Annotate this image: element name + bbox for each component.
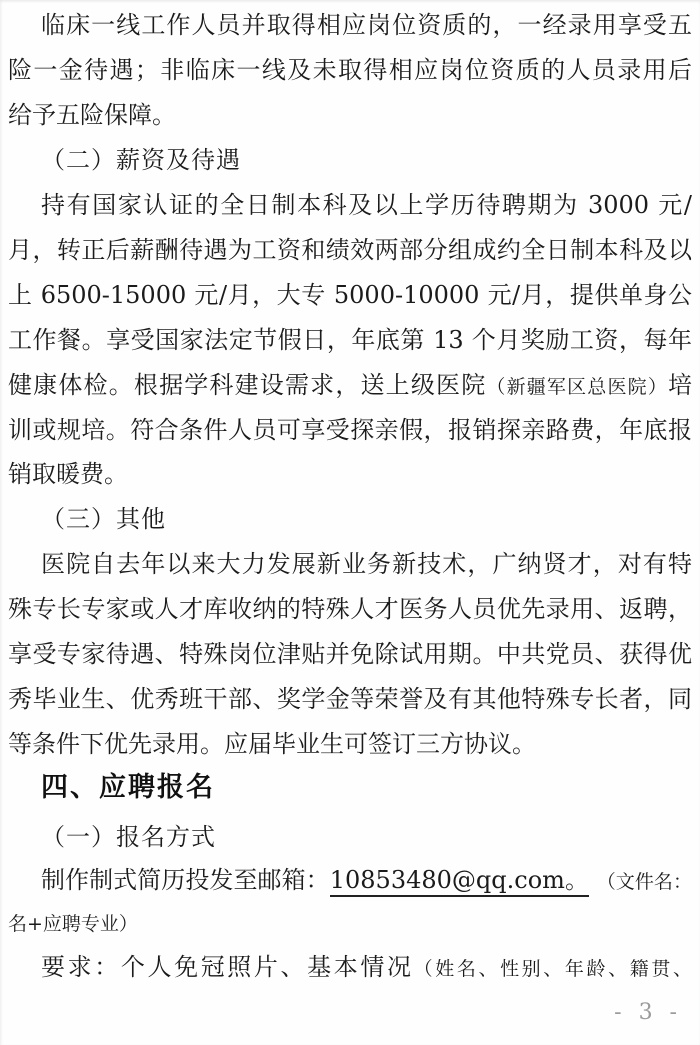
paragraph-line: 殊专长专家或人才库收纳的特殊人才医务人员优先录用、返聘，	[8, 587, 692, 632]
paragraph-line: 给予五险保障。	[8, 93, 692, 138]
section-heading-apply: 四、应聘报名	[8, 765, 692, 810]
section-heading-other: （三）其他	[8, 497, 692, 542]
text-segment-small-parenthetical: （新疆军区总医院）	[486, 376, 668, 398]
text-segment: 要求：个人免冠照片、基本情况	[41, 953, 414, 981]
paragraph-line: 月，转正后薪酬待遇为工资和绩效两部分组成约全日制本科及以	[8, 228, 692, 273]
paragraph-line: 健康体检。根据学科建设需求，送上级医院（新疆军区总医院）培	[8, 363, 692, 408]
section-heading-salary: （二）薪资及待遇	[8, 138, 692, 183]
text-segment: 健康体检。根据学科建设需求，送上级医院	[8, 371, 486, 399]
paragraph-line: 秀毕业生、优秀班干部、奖学金等荣誉及有其他特殊专长者，同	[8, 677, 692, 722]
email-address: 10853480@qq.com。	[330, 866, 589, 897]
paragraph-line: 享受专家待遇、特殊岗位津贴并免除试用期。中共党员、获得优	[8, 632, 692, 677]
paragraph-line-email: 制作制式简历投发至邮箱：10853480@qq.com。 （文件名：姓	[8, 858, 692, 903]
paragraph-line: 临床一线工作人员并取得相应岗位资质的，一经录用享受五	[8, 3, 692, 48]
paragraph-line: 险一金待遇；非临床一线及未取得相应岗位资质的人员录用后	[8, 48, 692, 93]
page-number: - 3 -	[614, 1000, 682, 1025]
paragraph-line: 销取暖费。	[8, 452, 692, 497]
paragraph-line: 工作餐。享受国家法定节假日，年底第 13 个月奖励工资，每年	[8, 318, 692, 363]
paragraph-line: 等条件下优先录用。应届毕业生可签订三方协议。	[8, 722, 692, 767]
document-page: 临床一线工作人员并取得相应岗位资质的，一经录用享受五 险一金待遇；非临床一线及未…	[0, 0, 700, 1045]
paragraph-line: 医院自去年以来大力发展新业务新技术，广纳贤才，对有特	[8, 542, 692, 587]
section-heading-method: （一）报名方式	[8, 815, 692, 860]
paragraph-line: 持有国家认证的全日制本科及以上学历待聘期为 3000 元/	[8, 183, 692, 228]
text-segment: 制作制式简历投发至邮箱：	[41, 866, 330, 894]
text-segment-small-parenthetical: （姓名、性别、年龄、籍贯、	[414, 958, 692, 980]
paragraph-line: 训或规培。符合条件人员可享受探亲假，报销探亲路费，年底报	[8, 408, 692, 453]
paragraph-line: 名+应聘专业）	[8, 902, 692, 947]
paragraph-line: 上 6500-15000 元/月，大专 5000-10000 元/月，提供单身公…	[8, 273, 692, 318]
paragraph-line: 要求：个人免冠照片、基本情况（姓名、性别、年龄、籍贯、	[8, 945, 692, 990]
text-segment: 培	[668, 371, 692, 399]
